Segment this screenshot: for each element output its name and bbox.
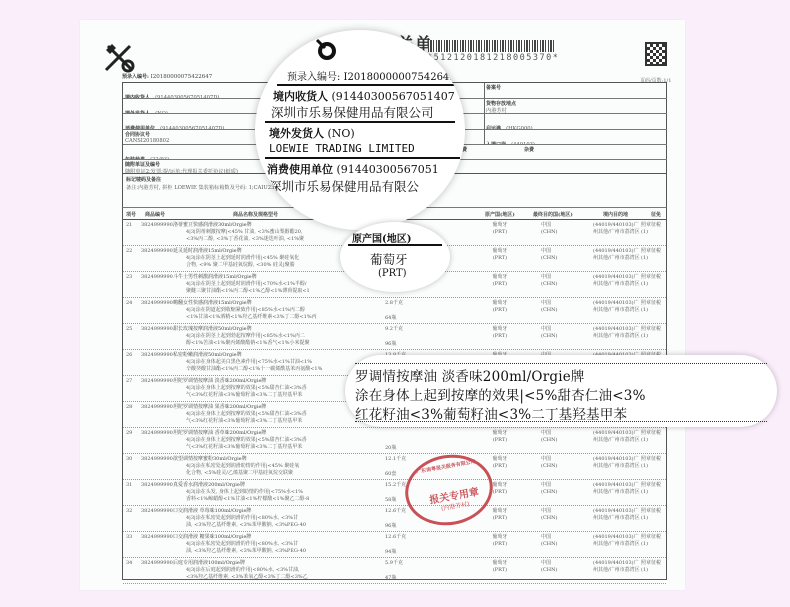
item-dest: 中国(CHN) — [541, 482, 557, 495]
item-name: 坦陀罗调情按摩油 香草味200ml/Orgie牌 — [173, 430, 266, 437]
origin-name: 葡萄牙 — [492, 482, 507, 488]
mag-consignee-code: (91440300567051407 — [332, 90, 455, 103]
item-desc-1: 4|3|涂在私密处起到润滑助情的作用|<45% 聚硅氧 — [186, 463, 299, 470]
goods-location-value: 内港芳村 — [486, 107, 665, 114]
origin-code: (PRT) — [493, 489, 507, 495]
origin-name: 葡萄牙 — [492, 274, 507, 280]
item-no: 26 — [126, 352, 132, 359]
item-desc-1: 4|3|涂在后庭起到润滑的作用|<80%水, <3%甘油, — [186, 567, 300, 574]
origin-name: 葡萄牙 — [492, 326, 507, 332]
dest-name: 中国 — [541, 560, 551, 566]
item-desc-2: 油, <3%羟乙基纤维素, <3%苯甲酸钠, <3%PEG-40 — [186, 548, 306, 555]
item-code: 3824999990 — [141, 560, 173, 567]
origin-name: 葡萄牙 — [492, 534, 507, 540]
col-domestic: 境内目的地 — [603, 211, 628, 218]
item-name: 延灵延时润滑液15ml/Orgie牌 — [173, 248, 242, 255]
dest-name: 中国 — [541, 248, 551, 254]
item-desc-1: 4|3|阴蒂刺激按摩|<45% 甘油, <3%蜜山梨醇酯20, — [186, 229, 303, 236]
item-weight: 9.2千克 — [385, 326, 403, 333]
item-tax-mode: 照章征税 (1) — [641, 560, 667, 573]
item-name: 坦陀罗调情按摩油 淡香味200ml/Orgie牌 — [173, 378, 266, 385]
item-desc-2: 辛酸癸酸甘油酯<1%丙二醇<1%十一碳烯酰基苯丙氨酸<1% — [186, 366, 322, 373]
consignee-cell: 境内收货人 (91440300567051407D) 深圳市乐易保健用品有限公司 — [123, 83, 283, 99]
item-name: 私密粉嫩润滑液50ml/Orgie牌 — [173, 352, 242, 359]
col-origin: 原产国(地区) — [485, 211, 515, 218]
item-code: 3824999990 — [141, 326, 173, 333]
dest-code: (CHN) — [541, 541, 557, 547]
item-no: 33 — [126, 534, 132, 541]
col-code: 商品编号 — [145, 211, 165, 218]
item-desc-1: 4|3|涂在身体起美白黑色素作用|<75%水<1%甘油<1% — [186, 359, 312, 366]
item-qty: 60套 — [385, 471, 396, 478]
item-weight: 12.6千克 — [385, 534, 406, 541]
item-desc-2: 气<3%红花籽油<3%葡萄籽油<3%二丁基羟基甲苯 — [186, 392, 302, 399]
table-row: 303824999990欲望调情按摩蜜粉30ml/Orgie牌4|3|涂在私密处… — [123, 454, 666, 480]
insurance-cell: 保费 — [455, 145, 522, 160]
item-domestic-dest: (44019/440103)广州其他/广州市荔湾区 — [593, 274, 641, 287]
item-origin: 葡萄牙(PRT) — [485, 430, 515, 443]
pre-entry-value: I20180000075422647 — [151, 74, 213, 80]
item-desc-2: 聚醚三聚甘油酯<1%丙二醇<1%乙醇<1%薄荷提取<1 — [186, 288, 310, 295]
dest-name: 中国 — [541, 300, 551, 306]
item-origin: 葡萄牙(PRT) — [485, 560, 515, 573]
dest-code: (CHN) — [541, 307, 557, 313]
item-tax-mode: 照章征税 (1) — [641, 300, 667, 313]
origin-name: 葡萄牙 — [492, 222, 507, 228]
item-domestic-dest: (44019/440103)广州其他/广州市荔湾区 — [593, 430, 641, 443]
item-qty: 20瓶 — [385, 445, 396, 452]
mag-shipper-code: (NO) — [328, 127, 355, 140]
filing-no-cell: 备案号 — [484, 83, 667, 99]
mag-origin-label: 原产国(地区) — [352, 230, 411, 245]
item-code: 3824999990 — [141, 248, 173, 255]
item-domestic-dest: (44019/440103)广州其他/广州市荔湾区 — [593, 456, 641, 469]
dest-code: (CHN) — [541, 229, 557, 235]
col-name: 商品名称及规格型号 — [233, 211, 278, 218]
item-domestic-dest: (44019/440103)广州其他/广州市荔湾区 — [593, 300, 641, 313]
item-origin: 葡萄牙(PRT) — [485, 326, 515, 339]
item-dest: 中国(CHN) — [541, 248, 557, 261]
item-code: 3824999990 — [141, 456, 173, 463]
dest-name: 中国 — [541, 482, 551, 488]
item-domestic-dest: (44019/440103)广州其他/广州市荔湾区 — [593, 222, 641, 235]
dest-code: (CHN) — [541, 255, 557, 261]
item-origin: 葡萄牙(PRT) — [485, 508, 515, 521]
dest-name: 中国 — [541, 274, 551, 280]
entry-port-cell: 入境口岸 (440103) 广州河南码头 — [484, 130, 667, 145]
item-no: 30 — [126, 456, 132, 463]
misc-label: 杂费 — [524, 146, 665, 153]
item-desc-1: 4|3|涂在私密处起到润滑的作用|<80%水, <3%甘 — [186, 541, 298, 548]
goods-location-label: 货物存放地点 — [486, 100, 665, 107]
customs-emblem-icon — [102, 40, 138, 76]
item-domestic-dest: (44019/440103)广州其他/广州市荔湾区 — [593, 248, 641, 261]
table-row: 293824999990坦陀罗调情按摩油 香草味200ml/Orgie牌4|3|… — [123, 428, 666, 454]
origin-code: (PRT) — [493, 281, 507, 287]
item-code: 3824999990 — [141, 404, 173, 411]
origin-code: (PRT) — [493, 567, 507, 573]
origin-code: (PRT) — [493, 541, 507, 547]
item-dest: 中国(CHN) — [541, 534, 557, 547]
item-weight: 12.1千克 — [385, 456, 406, 463]
col-dest: 最终目的国(地区) — [533, 211, 573, 218]
origin-name: 葡萄牙 — [492, 456, 507, 462]
barcode — [428, 40, 555, 52]
mag-origin-code: (PRT) — [378, 268, 407, 279]
item-tax-mode: 照章征税 (1) — [641, 456, 667, 469]
origin-name: 葡萄牙 — [492, 300, 507, 306]
item-name: 后庭专用润滑液100ml/Orgie牌 — [173, 560, 245, 567]
item-weight: 2.8千克 — [385, 300, 403, 307]
item-name: 坦陀罗调情按摩油 果香味200ml/Orgie牌 — [173, 404, 266, 411]
dest-name: 中国 — [541, 456, 551, 462]
mag-consignee-name: 深圳市乐易保健用品有限公司 — [271, 103, 434, 121]
item-desc-2: 气<3%红花籽油<3%葡萄籽油<3%二丁基羟基甲苯 — [186, 418, 302, 425]
item-dest: 中国(CHN) — [541, 560, 557, 573]
item-tax-mode: 照章征税 (1) — [641, 508, 667, 521]
item-desc-2: <3%丙二醇, <3%丁香花油, <3%迷迭叶油, <1%聚 — [186, 236, 304, 243]
mag-item-line3: 红花籽油<3%葡萄籽油<3%二丁基羟基甲苯 — [355, 403, 627, 423]
mag-shipper-label: 境外发货人 — [269, 127, 324, 140]
item-tax-mode: 照章征税 (1) — [641, 326, 667, 339]
item-code: 3824999990 — [141, 378, 173, 385]
dest-code: (CHN) — [541, 515, 557, 521]
goods-location-cell: 货物存放地点 内港芳村 — [484, 99, 667, 114]
magnifier-header: 预录入编号: I20180000007542​64. 境内收货人 (914403… — [255, 30, 465, 230]
item-desc-2: 香料<1%鲸蜡醇<1%甘油<1%柠檬酸<1%聚乙二醇-8 — [186, 496, 309, 503]
mag-consumer-label: 消费使用单位 — [267, 163, 333, 176]
item-code: 3824999990 — [141, 430, 173, 437]
dest-code: (CHN) — [541, 489, 557, 495]
item-tax-mode: 照章征税 (1) — [641, 534, 667, 547]
mag-shipper-name: LOEWIE TRADING LIMITED — [269, 142, 415, 155]
item-code: 3824999990 — [141, 274, 173, 281]
mag-origin-value: 葡萄牙 — [370, 250, 408, 268]
item-code: 3824999990 — [141, 534, 173, 541]
item-name: 洛蒂蜜豆快感润滑液30ml/Orgie牌 — [173, 222, 252, 229]
item-desc-2: <3%羟乙基纤维素, <3%苯氧乙醇<3%丁二醇<3%乙 — [186, 574, 308, 581]
insurance-label: 保费 — [457, 146, 520, 153]
item-origin: 葡萄牙(PRT) — [485, 534, 515, 547]
item-desc-1: 4|3|涂在阴道起到收缩紧致作用|<85%水<1%丙二醇 — [186, 307, 305, 314]
dest-code: (CHN) — [541, 437, 557, 443]
dest-name: 中国 — [541, 534, 551, 540]
mag-pre-entry: 预录入编号: I20180000007542​64. — [287, 68, 452, 83]
item-dest: 中国(CHN) — [541, 274, 557, 287]
item-origin: 葡萄牙(PRT) — [485, 274, 515, 287]
filing-no-label: 备案号 — [486, 84, 665, 91]
item-code: 3824999990 — [141, 352, 173, 359]
item-domestic-dest: (44019/440103)广州其他/广州市荔湾区 — [593, 508, 641, 521]
table-row: 243824999990嗨翻女性快感润滑液15ml/Orgie牌4|3|涂在阴道… — [123, 298, 666, 324]
dest-code: (CHN) — [541, 567, 557, 573]
item-no: 23 — [126, 274, 132, 281]
item-origin: 葡萄牙(PRT) — [485, 300, 515, 313]
item-code: 3824999990 — [141, 482, 173, 489]
item-code: 3824999990 — [141, 300, 173, 307]
mag-consumer-name: 深圳市乐易保健用品有限公 — [269, 177, 419, 195]
emblem-fragment-icon — [315, 38, 339, 60]
item-no: 34 — [126, 560, 132, 567]
dest-code: (CHN) — [541, 463, 557, 469]
table-row: 343824999990后庭专用润滑液100ml/Orgie牌4|3|涂在后庭起… — [123, 558, 666, 584]
dest-code: (CHN) — [541, 333, 557, 339]
item-tax-mode: 照章征税 (1) — [641, 248, 667, 261]
table-row: 333824999990口交润滑液 糖果味100ml/Orgie牌4|3|涂在私… — [123, 532, 666, 558]
origin-code: (PRT) — [493, 229, 507, 235]
item-desc-1: 4|3|涂在身体上起到按摩的效果|<5%甜杏仁油<3%香 — [186, 411, 307, 418]
item-no: 28 — [126, 404, 132, 411]
item-name: 嗨翻女性快感润滑液15ml/Orgie牌 — [173, 300, 252, 307]
item-weight: 12.6千克 — [385, 508, 406, 515]
misc-cell: 杂费 — [522, 145, 667, 160]
dest-name: 中国 — [541, 222, 551, 228]
item-qty: 64瓶 — [385, 315, 396, 322]
dest-name: 中国 — [541, 508, 551, 514]
item-desc-2: 油, <3%羟乙基纤维素, <3%苯甲酸钠, <3%PEG-40 — [186, 522, 306, 529]
mag-consumer-code: (91440300567051 — [337, 163, 439, 176]
item-no: 27 — [126, 378, 132, 385]
item-no: 21 — [126, 222, 132, 229]
item-desc-2: 气<3%红花籽油<3%葡萄籽油<3%二丁基羟基甲苯 — [186, 444, 302, 451]
item-desc-1: 4|3|涂在阴茎上起到延时润滑作用|<70%水<1%半醇/ — [186, 281, 307, 288]
item-domestic-dest: (44019/440103)广州其他/广州市荔湾区 — [593, 326, 641, 339]
item-name: 口交润滑液 糖果味100ml/Orgie牌 — [173, 534, 251, 541]
magnifier-origin: 原产国(地区) 葡萄牙 (PRT) — [340, 222, 450, 292]
item-tax-mode: 照章征税 (1) — [641, 430, 667, 443]
item-qty: 94瓶 — [385, 549, 396, 556]
item-name: 甜长玫瑰按摩润滑液50ml/Orgie牌 — [173, 326, 252, 333]
item-no: 22 — [126, 248, 132, 255]
item-dest: 中国(CHN) — [541, 300, 557, 313]
origin-name: 葡萄牙 — [492, 560, 507, 566]
mag-consignee-label: 境内收货人 — [273, 90, 328, 103]
origin-code: (PRT) — [493, 437, 507, 443]
item-desc-1: 4|3|涂在阴茎上起到勃起按摩作用|<85%水<1%丙二 — [186, 333, 305, 340]
origin-name: 葡萄牙 — [492, 248, 507, 254]
origin-code: (PRT) — [493, 307, 507, 313]
item-desc-1: 4|3|涂在私密处起到润滑的作用|<80%水, <3%甘 — [186, 515, 298, 522]
dest-name: 中国 — [541, 326, 551, 332]
origin-code: (PRT) — [493, 255, 507, 261]
dest-name: 中国 — [541, 430, 551, 436]
item-origin: 葡萄牙(PRT) — [485, 222, 515, 235]
item-name: 真爱香水润滑液200ml/Orgie牌 — [173, 482, 245, 489]
stamp-company: 广东南粤报关服务有限公司 — [416, 458, 476, 475]
pre-entry-label: 预录入编号: — [122, 74, 149, 80]
item-desc-2: 醇<1%苦油<1%聚丙烯酸酯钠<1%香气<1%小米提聚 — [186, 340, 310, 347]
item-domestic-dest: (44019/440103)广州其他/广州市荔湾区 — [593, 482, 641, 495]
item-tax-mode: 照章征税 (1) — [641, 274, 667, 287]
barcode-number: *512120181218005370* — [427, 53, 559, 63]
item-name: 斗牛士男性刺激润滑液15ml/Orgie牌 — [173, 274, 257, 281]
pre-entry-number: 预录入编号: I20180000075422647 — [122, 73, 212, 80]
item-domestic-dest: (44019/440103)广州其他/广州市荔湾区 — [593, 560, 641, 573]
item-origin: 葡萄牙(PRT) — [485, 456, 515, 469]
table-row: 323824999990口交润滑液 草莓味100ml/Orgie牌4|3|涂在私… — [123, 506, 666, 532]
mag-item-line1: 罗调情按摩油 淡香味200ml/Orgie牌 — [355, 365, 585, 385]
col-item-no: 项号 — [126, 211, 136, 218]
item-code: 3824999990 — [141, 222, 173, 229]
item-qty: 47瓶 — [385, 575, 396, 582]
item-qty: 96瓶 — [385, 523, 396, 530]
item-tax-mode: 照章征税 (1) — [641, 222, 667, 235]
item-weight: 15.2千克 — [385, 482, 406, 489]
item-no: 24 — [126, 300, 132, 307]
item-desc-1: 4|3|涂在头发, 身体上起到助情的作用|<75%水<1% — [186, 489, 303, 496]
item-desc-1: 4|3|涂在身体上起到按摩的效果|<5%甜杏仁油<3%香 — [186, 437, 307, 444]
origin-name: 葡萄牙 — [492, 508, 507, 514]
item-name: 口交润滑液 草莓味100ml/Orgie牌 — [173, 508, 251, 515]
origin-code: (PRT) — [493, 515, 507, 521]
origin-name: 葡萄牙 — [492, 430, 507, 436]
item-no: 29 — [126, 430, 132, 437]
item-code: 3824999990 — [141, 508, 173, 515]
table-row: 253824999990甜长玫瑰按摩润滑液50ml/Orgie牌4|3|涂在阴茎… — [123, 324, 666, 350]
item-dest: 中国(CHN) — [541, 430, 557, 443]
item-no: 32 — [126, 508, 132, 515]
item-tax-mode: 照章征税 (1) — [641, 482, 667, 495]
item-desc-2: 合物, <9% 聚二甲基硅氧烷醇, <30% 硅灵|聚腈 — [186, 262, 295, 269]
item-qty: 58瓶 — [385, 497, 396, 504]
item-name: 欲望调情按摩蜜粉30ml/Orgie牌 — [173, 456, 247, 463]
item-weight: 5.9千克 — [385, 560, 403, 567]
mag-item-line2: 涂在身体上起到按摩的效果|<5%甜杏仁油<3% — [355, 384, 646, 404]
magnifier-item-detail: 罗调情按摩油 淡香味200ml/Orgie牌 涂在身体上起到按摩的效果|<5%甜… — [345, 355, 777, 427]
item-no: 25 — [126, 326, 132, 333]
table-row: 313824999990真爱香水润滑液200ml/Orgie牌4|3|涂在头发,… — [123, 480, 666, 506]
item-dest: 中国(CHN) — [541, 456, 557, 469]
item-origin: 葡萄牙(PRT) — [485, 248, 515, 261]
item-domestic-dest: (44019/440103)广州其他/广州市荔湾区 — [593, 534, 641, 547]
col-tax: 征免 — [651, 211, 661, 218]
departure-port-cell: 启运港 (HKG000) 中国香港 — [484, 114, 667, 130]
item-desc-2: <1%甘油<1%酒精<1%羟乙基纤维素<3%丁二醇<1%丙 — [186, 314, 317, 321]
origin-code: (PRT) — [493, 333, 507, 339]
qr-code-icon — [645, 42, 667, 66]
dest-code: (CHN) — [541, 281, 557, 287]
item-qty: 96瓶 — [385, 341, 396, 348]
item-dest: 中国(CHN) — [541, 222, 557, 235]
item-dest: 中国(CHN) — [541, 508, 557, 521]
item-desc-2: 化合物, <5%硅灵/乙烯基聚二甲基硅氧烷交联聚 — [186, 470, 293, 477]
item-desc-1: 4|3|涂在身体上起到按摩的效果|<5%甜杏仁油<3%香 — [186, 385, 307, 392]
item-desc-1: 4|3|涂在阴茎上起到延时润滑作用|<45% 聚硅氧化 — [186, 255, 299, 262]
item-dest: 中国(CHN) — [541, 326, 557, 339]
origin-code: (PRT) — [493, 463, 507, 469]
item-no: 31 — [126, 482, 132, 489]
